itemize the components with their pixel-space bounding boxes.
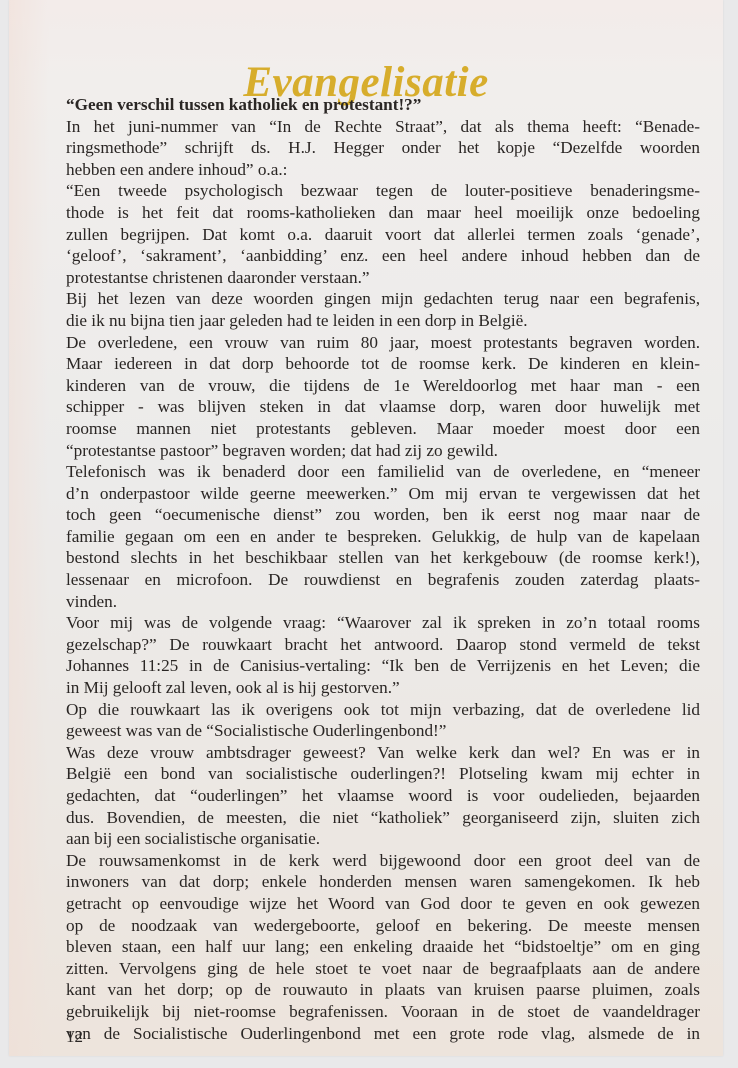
text-line: familie gegaan om een en ander te bespre… (66, 526, 700, 548)
text-line: toch geen “oecumenische dienst” zou word… (66, 504, 700, 526)
text-line: roomse mannen niet protestants gebleven.… (66, 418, 700, 440)
text-line: In het juni-nummer van “In de Rechte Str… (66, 116, 700, 138)
text-line: getracht op eenvoudige wijze het Woord v… (66, 893, 700, 915)
text-line: zitten. Vervolgens ging de hele stoet te… (66, 958, 700, 980)
text-line: De overledene, een vrouw van ruim 80 jaa… (66, 332, 700, 354)
text-line: op de noodzaak van wedergeboorte, geloof… (66, 915, 700, 937)
text-line: De rouwsamenkomst in de kerk werd bijgew… (66, 850, 700, 872)
text-line: bleven staan, een half uur lang; een enk… (66, 936, 700, 958)
article-lines: In het juni-nummer van “In de Rechte Str… (66, 116, 700, 1045)
text-line: lessenaar en microfoon. De rouwdienst en… (66, 569, 700, 591)
magazine-page: Evangelisatie “Geen verschil tussen kath… (9, 0, 723, 1056)
text-line: van de Socialistische Ouderlingenbond me… (66, 1023, 700, 1045)
text-line: kinderen van de vrouw, die tijdens de 1e… (66, 375, 700, 397)
text-line: thode is het feit dat rooms-katholieken … (66, 202, 700, 224)
article-subheading: “Geen verschil tussen katholiek en prote… (66, 94, 700, 116)
text-line: zullen begrijpen. Dat komt o.a. daaruit … (66, 224, 700, 246)
text-line: België een bond van socialistische ouder… (66, 763, 700, 785)
text-line: Bij het lezen van deze woorden gingen mi… (66, 288, 700, 310)
text-line: Johannes 11:25 in de Canisius-vertaling:… (66, 655, 700, 677)
text-line: d’n onderpastoor wilde geerne meewerken.… (66, 483, 700, 505)
text-line: ringsmethode” schrijft ds. H.J. Hegger o… (66, 137, 700, 159)
text-line: gebruikelijk bij niet-roomse begrafeniss… (66, 1001, 700, 1023)
text-line: ‘geloof’, ‘sakrament’, ‘aanbidding’ enz.… (66, 245, 700, 267)
text-line: Was deze vrouw ambtsdrager geweest? Van … (66, 742, 700, 764)
text-line: gedachten, dat “ouderlingen” het vlaamse… (66, 785, 700, 807)
text-line: inwoners van dat dorp; enkele honderden … (66, 871, 700, 893)
text-line: in Mij gelooft zal leven, ook al is hij … (66, 677, 700, 699)
text-line: Telefonisch was ik benaderd door een fam… (66, 461, 700, 483)
page-number: 12 (66, 1027, 83, 1047)
text-line: hebben een andere inhoud” o.a.: (66, 159, 700, 181)
text-line: protestantse christenen daaronder versta… (66, 267, 700, 289)
text-line: schipper - was blijven steken in dat vla… (66, 396, 700, 418)
text-line: kant van het dorp; op de rouwauto in pla… (66, 979, 700, 1001)
text-line: aan bij een socialistische organisatie. (66, 828, 700, 850)
text-line: Voor mij was de volgende vraag: “Waarove… (66, 612, 700, 634)
text-line: die ik nu bijna tien jaar geleden had te… (66, 310, 700, 332)
text-line: vinden. (66, 591, 700, 613)
text-line: geweest was van de “Socialistische Ouder… (66, 720, 700, 742)
text-line: bestond slechts in het beschikbaar stell… (66, 547, 700, 569)
text-line: “Een tweede psychologisch bezwaar tegen … (66, 180, 700, 202)
text-line: Maar iedereen in dat dorp behoorde tot d… (66, 353, 700, 375)
text-line: Op die rouwkaart las ik overigens ook to… (66, 699, 700, 721)
text-line: dus. Bovendien, de meesten, die niet “ka… (66, 807, 700, 829)
text-line: “protestantse pastoor” begraven worden; … (66, 440, 700, 462)
text-line: gezelschap?” De rouwkaart bracht het ant… (66, 634, 700, 656)
article-body: “Geen verschil tussen katholiek en prote… (66, 94, 700, 1044)
